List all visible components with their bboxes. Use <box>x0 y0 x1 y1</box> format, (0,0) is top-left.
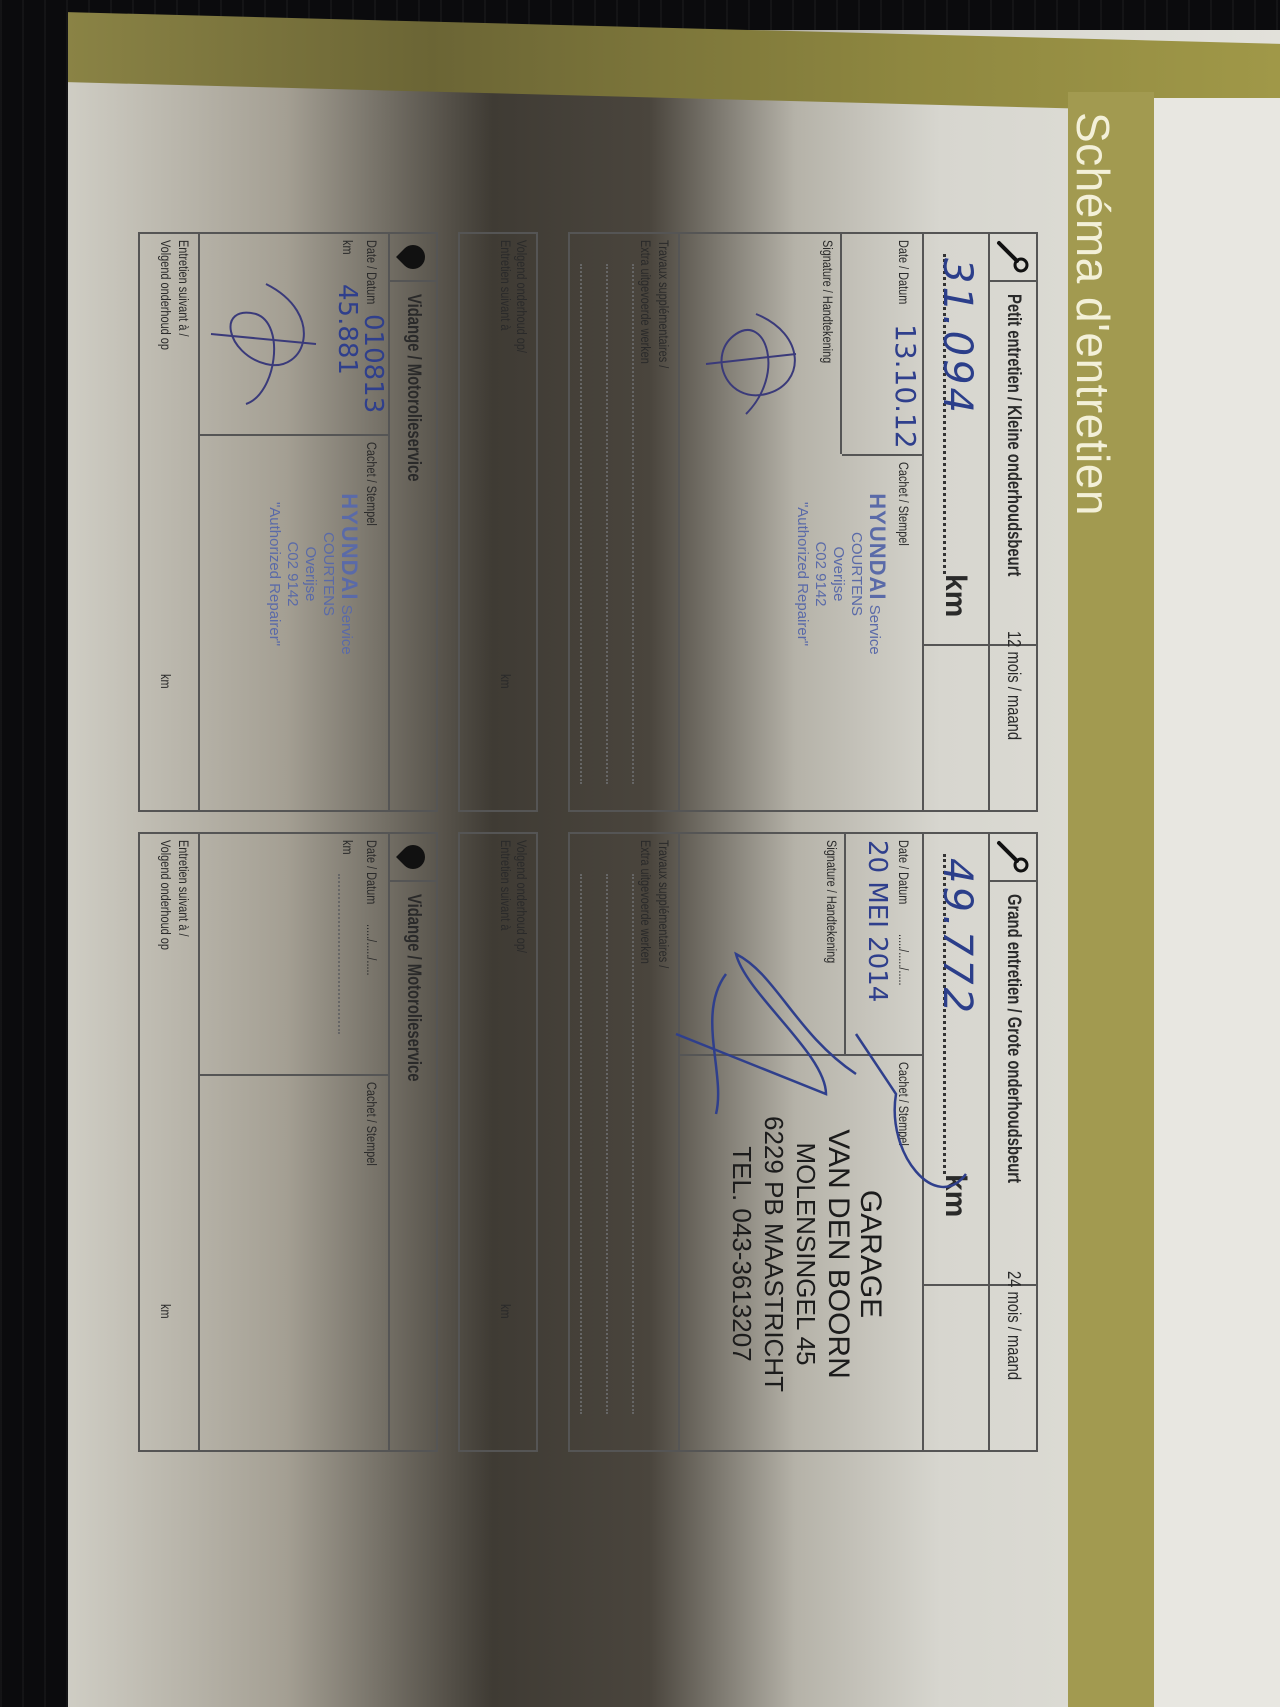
large-service-signature[interactable] <box>651 914 976 1214</box>
extra-work-line[interactable] <box>580 264 582 784</box>
wrench-icon <box>990 834 1036 882</box>
small-service-km-value: 31.094 <box>934 258 980 416</box>
booklet-right-margin <box>1154 98 1280 1707</box>
date-stamp-divider <box>842 454 922 456</box>
large-oil-date-placeholder[interactable]: ...../...../..... <box>364 924 380 976</box>
next-service-label-nl: Volgend onderhoud op <box>158 240 174 350</box>
km-divider <box>924 644 988 646</box>
next-service-label-fr: Entretien suivant à / <box>176 240 192 337</box>
large-oil-km-line[interactable] <box>338 874 340 1034</box>
large-service-interval: 24 mois / maand <box>1003 1271 1024 1380</box>
stamp-line: Overijse <box>301 464 319 684</box>
extra-work-line[interactable] <box>606 264 608 784</box>
stamp-line: C02 9142 <box>283 464 301 684</box>
small-oil-hyundai-stamp: HYUNDAI Service COURTENS Overijse C02 91… <box>265 464 358 684</box>
stamp-line: COURTENS <box>319 464 337 684</box>
stamp-line: "Authorized Repairer" <box>265 464 283 684</box>
extra-work-label-nl: Extra uitgevoerde werken <box>638 240 654 364</box>
small-service-signature-label: Signature / Handtekening <box>820 240 836 363</box>
small-oil-km-value[interactable]: 45.881 <box>332 284 362 375</box>
stamp-brand: HYUNDAI <box>337 493 362 600</box>
stamp-line: "Authorized Repairer" <box>793 474 811 674</box>
small-service-stamp-label: Cachet / Stempel <box>896 462 912 546</box>
large-oil-service-section: Vidange / Motorolieservice Date / Datum … <box>198 832 438 1452</box>
page-title: Schéma d'entretien <box>1066 112 1120 516</box>
small-service-km-row[interactable]: 31.094 km <box>922 234 988 810</box>
large-oil-date-label: Date / Datum <box>364 840 380 904</box>
next-service-unit: km <box>158 1304 174 1319</box>
stamp-brand: HYUNDAI <box>865 493 890 600</box>
large-service-date-label: Date / Datum <box>896 840 912 904</box>
large-oil-next: Entretien suivant à / Volgend onderhoud … <box>138 832 198 1452</box>
extra-work-label-nl: Extra uitgevoerde werken <box>638 840 654 964</box>
small-oil-date-value[interactable]: 010813 <box>358 314 388 413</box>
stamp-line: Overijse <box>829 474 847 674</box>
next-service-label-nl: Volgend onderhoud op <box>158 840 174 950</box>
small-oil-km-label: km <box>340 240 356 255</box>
oil-drop-icon <box>390 234 436 282</box>
km-divider <box>924 1284 988 1286</box>
stamp-line: C02 9142 <box>811 474 829 674</box>
next-service-unit: km <box>158 674 174 689</box>
large-oil-km-label: km <box>340 840 356 855</box>
large-oil-title: Vidange / Motorolieservice <box>402 894 424 1082</box>
small-oil-stamp-label: Cachet / Stempel <box>364 442 380 526</box>
large-service-title: Grand entretien / Grote onderhoudsbeurt <box>1002 894 1024 1183</box>
next-service-unit: km <box>498 1304 514 1319</box>
small-oil-title: Vidange / Motorolieservice <box>402 294 424 482</box>
extra-work-label-fr: Travaux supplémentaires / <box>656 240 672 368</box>
next-service-label-nl: Volgend onderhoud op/ <box>514 840 530 953</box>
small-service-hyundai-stamp: HYUNDAI Service COURTENS Overijse C02 91… <box>793 474 886 674</box>
next-service-label-nl: Volgend onderhoud op/ <box>514 240 530 353</box>
small-service-date-value[interactable]: 13.10.12 <box>889 324 922 449</box>
extra-work-line[interactable] <box>606 874 608 1414</box>
small-oil-date-label: Date / Datum <box>364 240 380 304</box>
stamp-brand-suffix: Service <box>866 605 883 655</box>
large-service-section: Grand entretien / Grote onderhoudsbeurt … <box>678 832 1038 1452</box>
small-service-section: Petit entretien / Kleine onderhoudsbeurt… <box>678 232 1038 812</box>
small-service-extra-work: Travaux supplémentaires / Extra uitgevoe… <box>568 232 678 812</box>
small-service-signature[interactable] <box>691 294 816 434</box>
wrench-icon <box>990 234 1036 282</box>
large-oil-header: Vidange / Motorolieservice <box>388 834 436 1450</box>
small-service-interval: 12 mois / maand <box>1003 631 1024 740</box>
oil-drop-icon <box>390 834 436 882</box>
next-service-label-fr: Entretien suivant à <box>498 240 514 330</box>
small-oil-header: Vidange / Motorolieservice <box>388 234 436 810</box>
large-service-extra-work: Travaux supplémentaires / Extra uitgevoe… <box>568 832 678 1452</box>
oil-divider <box>200 1074 388 1076</box>
stamp-brand-suffix: Service <box>338 605 355 655</box>
next-service-label-fr: Entretien suivant à / <box>176 840 192 937</box>
small-oil-signature[interactable] <box>201 274 326 424</box>
small-service-header: Petit entretien / Kleine onderhoudsbeurt… <box>988 234 1036 810</box>
extra-work-line[interactable] <box>580 874 582 1414</box>
extra-work-label-fr: Travaux supplémentaires / <box>656 840 672 968</box>
small-service-km-unit: km <box>938 574 972 617</box>
large-service-next: Volgend onderhoud op/ Entretien suivant … <box>458 832 538 1452</box>
maintenance-form: Petit entretien / Kleine onderhoudsbeurt… <box>108 232 1038 1576</box>
extra-work-line[interactable] <box>632 264 634 784</box>
small-service-title: Petit entretien / Kleine onderhoudsbeurt <box>1002 294 1024 576</box>
oil-divider <box>200 434 388 436</box>
large-oil-stamp-label: Cachet / Stempel <box>364 1082 380 1166</box>
next-service-label-fr: Entretien suivant à <box>498 840 514 930</box>
small-service-next: Volgend onderhoud op/ Entretien suivant … <box>458 232 538 812</box>
next-service-unit: km <box>498 674 514 689</box>
large-service-header: Grand entretien / Grote onderhoudsbeurt … <box>988 834 1036 1450</box>
extra-work-line[interactable] <box>632 874 634 1414</box>
small-oil-next: Entretien suivant à / Volgend onderhoud … <box>138 232 198 812</box>
small-service-date-label: Date / Datum <box>896 240 912 304</box>
small-oil-service-section: Vidange / Motorolieservice Date / Datum … <box>198 232 438 812</box>
stamp-line: COURTENS <box>847 474 865 674</box>
date-signature-divider <box>840 234 842 454</box>
